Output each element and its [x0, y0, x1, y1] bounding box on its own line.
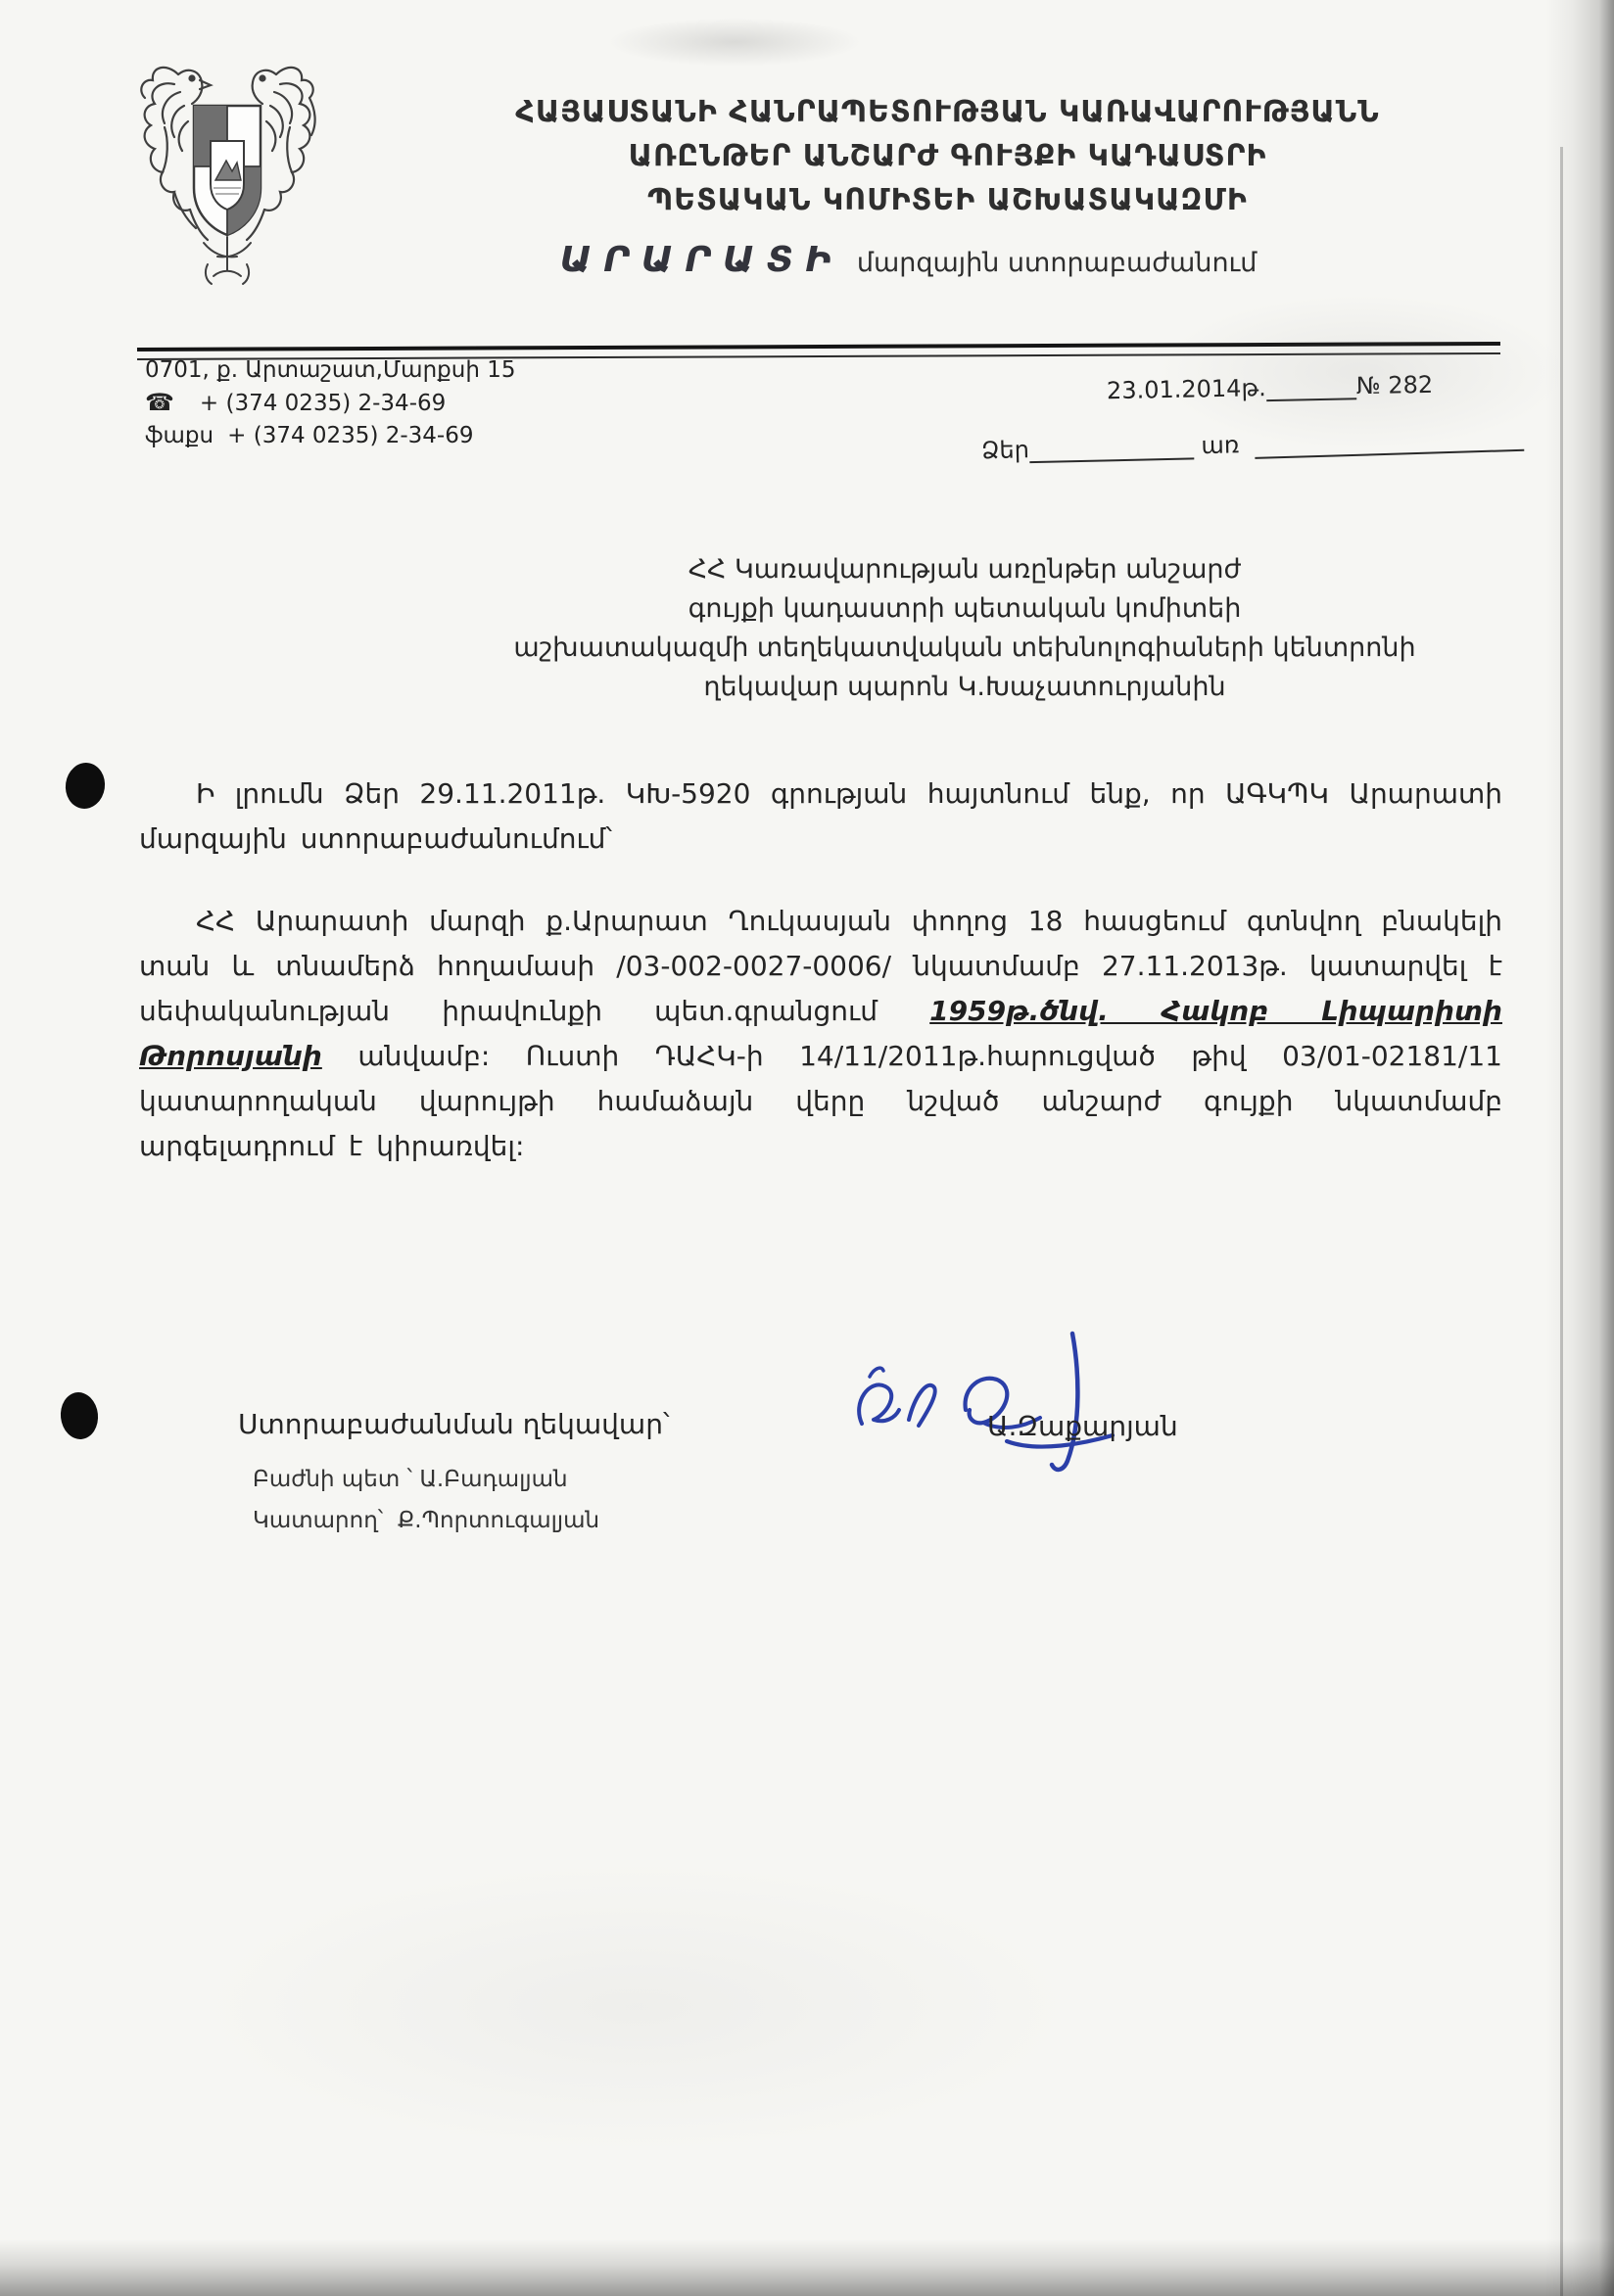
body-paragraph-2: ՀՀ Արարատի մարզի ք.Արարատ Ղուկասյան փողո…: [139, 899, 1502, 1169]
date-blank-line: [1266, 374, 1356, 401]
fax-line: ֆաքս+ (374 0235) 2-34-69: [145, 420, 516, 452]
at-blank-line: [1254, 426, 1524, 459]
number-label: №: [1355, 372, 1381, 399]
scan-smudge: [196, 1860, 1077, 2154]
hole-punch: [63, 760, 108, 811]
branch-line: ԱՐԱՐԱՏԻմարզային ստորաբաժանում: [372, 240, 1445, 280]
recipient-line: աշխատակազմի տեղեկատվական տեխնոլոգիաների …: [426, 629, 1503, 668]
armenia-coat-of-arms-icon: [110, 41, 345, 335]
department-head-label: Բաժնի պետ ՝: [253, 1467, 412, 1492]
scan-right-edge-shadow: [1545, 0, 1614, 2296]
scan-bottom-edge-shadow: [0, 2239, 1614, 2296]
branch-suffix: մարզային ստորաբաժանում: [857, 248, 1258, 278]
branch-name: ԱՐԱՐԱՏԻ: [560, 240, 843, 280]
recipient-line: գույքի կադաստրի պետական կոմիտեի: [426, 589, 1503, 629]
fax-label: ֆաքս: [145, 423, 214, 448]
signatory-title: Ստորաբաժանման ղեկավար՝: [238, 1408, 670, 1440]
at-label: առ: [1201, 431, 1240, 459]
reference-date-row: 23.01.2014թ.№ 282: [1107, 371, 1434, 404]
department-head-name: Ա.Բադալյան: [419, 1467, 567, 1492]
letter-date: 23.01.2014թ.: [1107, 374, 1266, 404]
letter-number: 282: [1388, 371, 1433, 399]
department-head-line: Բաժնի պետ ՝ Ա.Բադալյան: [253, 1467, 568, 1492]
executor-name: Ք.Պորտուգալյան: [398, 1508, 599, 1533]
scan-smudge: [607, 18, 862, 67]
recipient-line: ՀՀ Կառավարության առընթեր անշարժ: [426, 550, 1503, 589]
reference-your-row: Ձեր առ: [981, 425, 1524, 465]
recipient-line: ղեկավար պարոն Կ.Խաչատուրյանին: [426, 668, 1503, 707]
phone-number: + (374 0235) 2-34-69: [200, 391, 446, 416]
your-blank-line: [1029, 434, 1195, 463]
phone-line: ☎+ (374 0235) 2-34-69: [145, 387, 516, 420]
recipient-block: ՀՀ Կառավարության առընթեր անշարժ գույքի կ…: [426, 550, 1503, 707]
signatory-name: Ա.Զաքարյան: [987, 1410, 1178, 1442]
contact-block: 0701, ք. Արտաշատ,Մարքսի 15 ☎+ (374 0235)…: [145, 354, 516, 452]
phone-icon: ☎: [145, 389, 174, 416]
coat-of-arms-emblem: [110, 41, 345, 335]
org-name-line-1: ՀԱՅԱՍՏԱՆԻ ՀԱՆՐԱՊԵՏՈՒԹՅԱՆ ԿԱՌԱՎԱՐՈՒԹՅԱՆՆ: [411, 90, 1484, 134]
letterhead: ՀԱՅԱՍՏԱՆԻ ՀԱՆՐԱՊԵՏՈՒԹՅԱՆ ԿԱՌԱՎԱՐՈՒԹՅԱՆՆ …: [411, 90, 1484, 280]
address-line: 0701, ք. Արտաշատ,Մարքսի 15: [145, 354, 516, 387]
fax-number: + (374 0235) 2-34-69: [227, 423, 473, 448]
executor-line: Կատարող՝ Ք.Պորտուգալյան: [253, 1508, 599, 1533]
executor-label: Կատարող՝: [253, 1508, 383, 1533]
hole-punch: [59, 1390, 101, 1441]
your-label: Ձեր: [981, 436, 1029, 464]
org-name-line-3: ՊԵՏԱԿԱՆ ԿՈՄԻՏԵԻ ԱՇԽԱՏԱԿԱԶՄԻ: [411, 178, 1484, 222]
paragraph2-text-end: անվամբ: Ուստի ԴԱՀԿ-ի 14/11/2011թ.հարուցվ…: [139, 1040, 1502, 1162]
org-name-line-2: ԱՌԸՆԹԵՐ ԱՆՇԱՐԺ ԳՈՒՅՔԻ ԿԱԴԱՍՏՐԻ: [411, 134, 1484, 178]
body-paragraph-1: Ի լրումն Ձեր 29.11.2011թ. ԿԽ-5920 գրությ…: [139, 772, 1502, 862]
